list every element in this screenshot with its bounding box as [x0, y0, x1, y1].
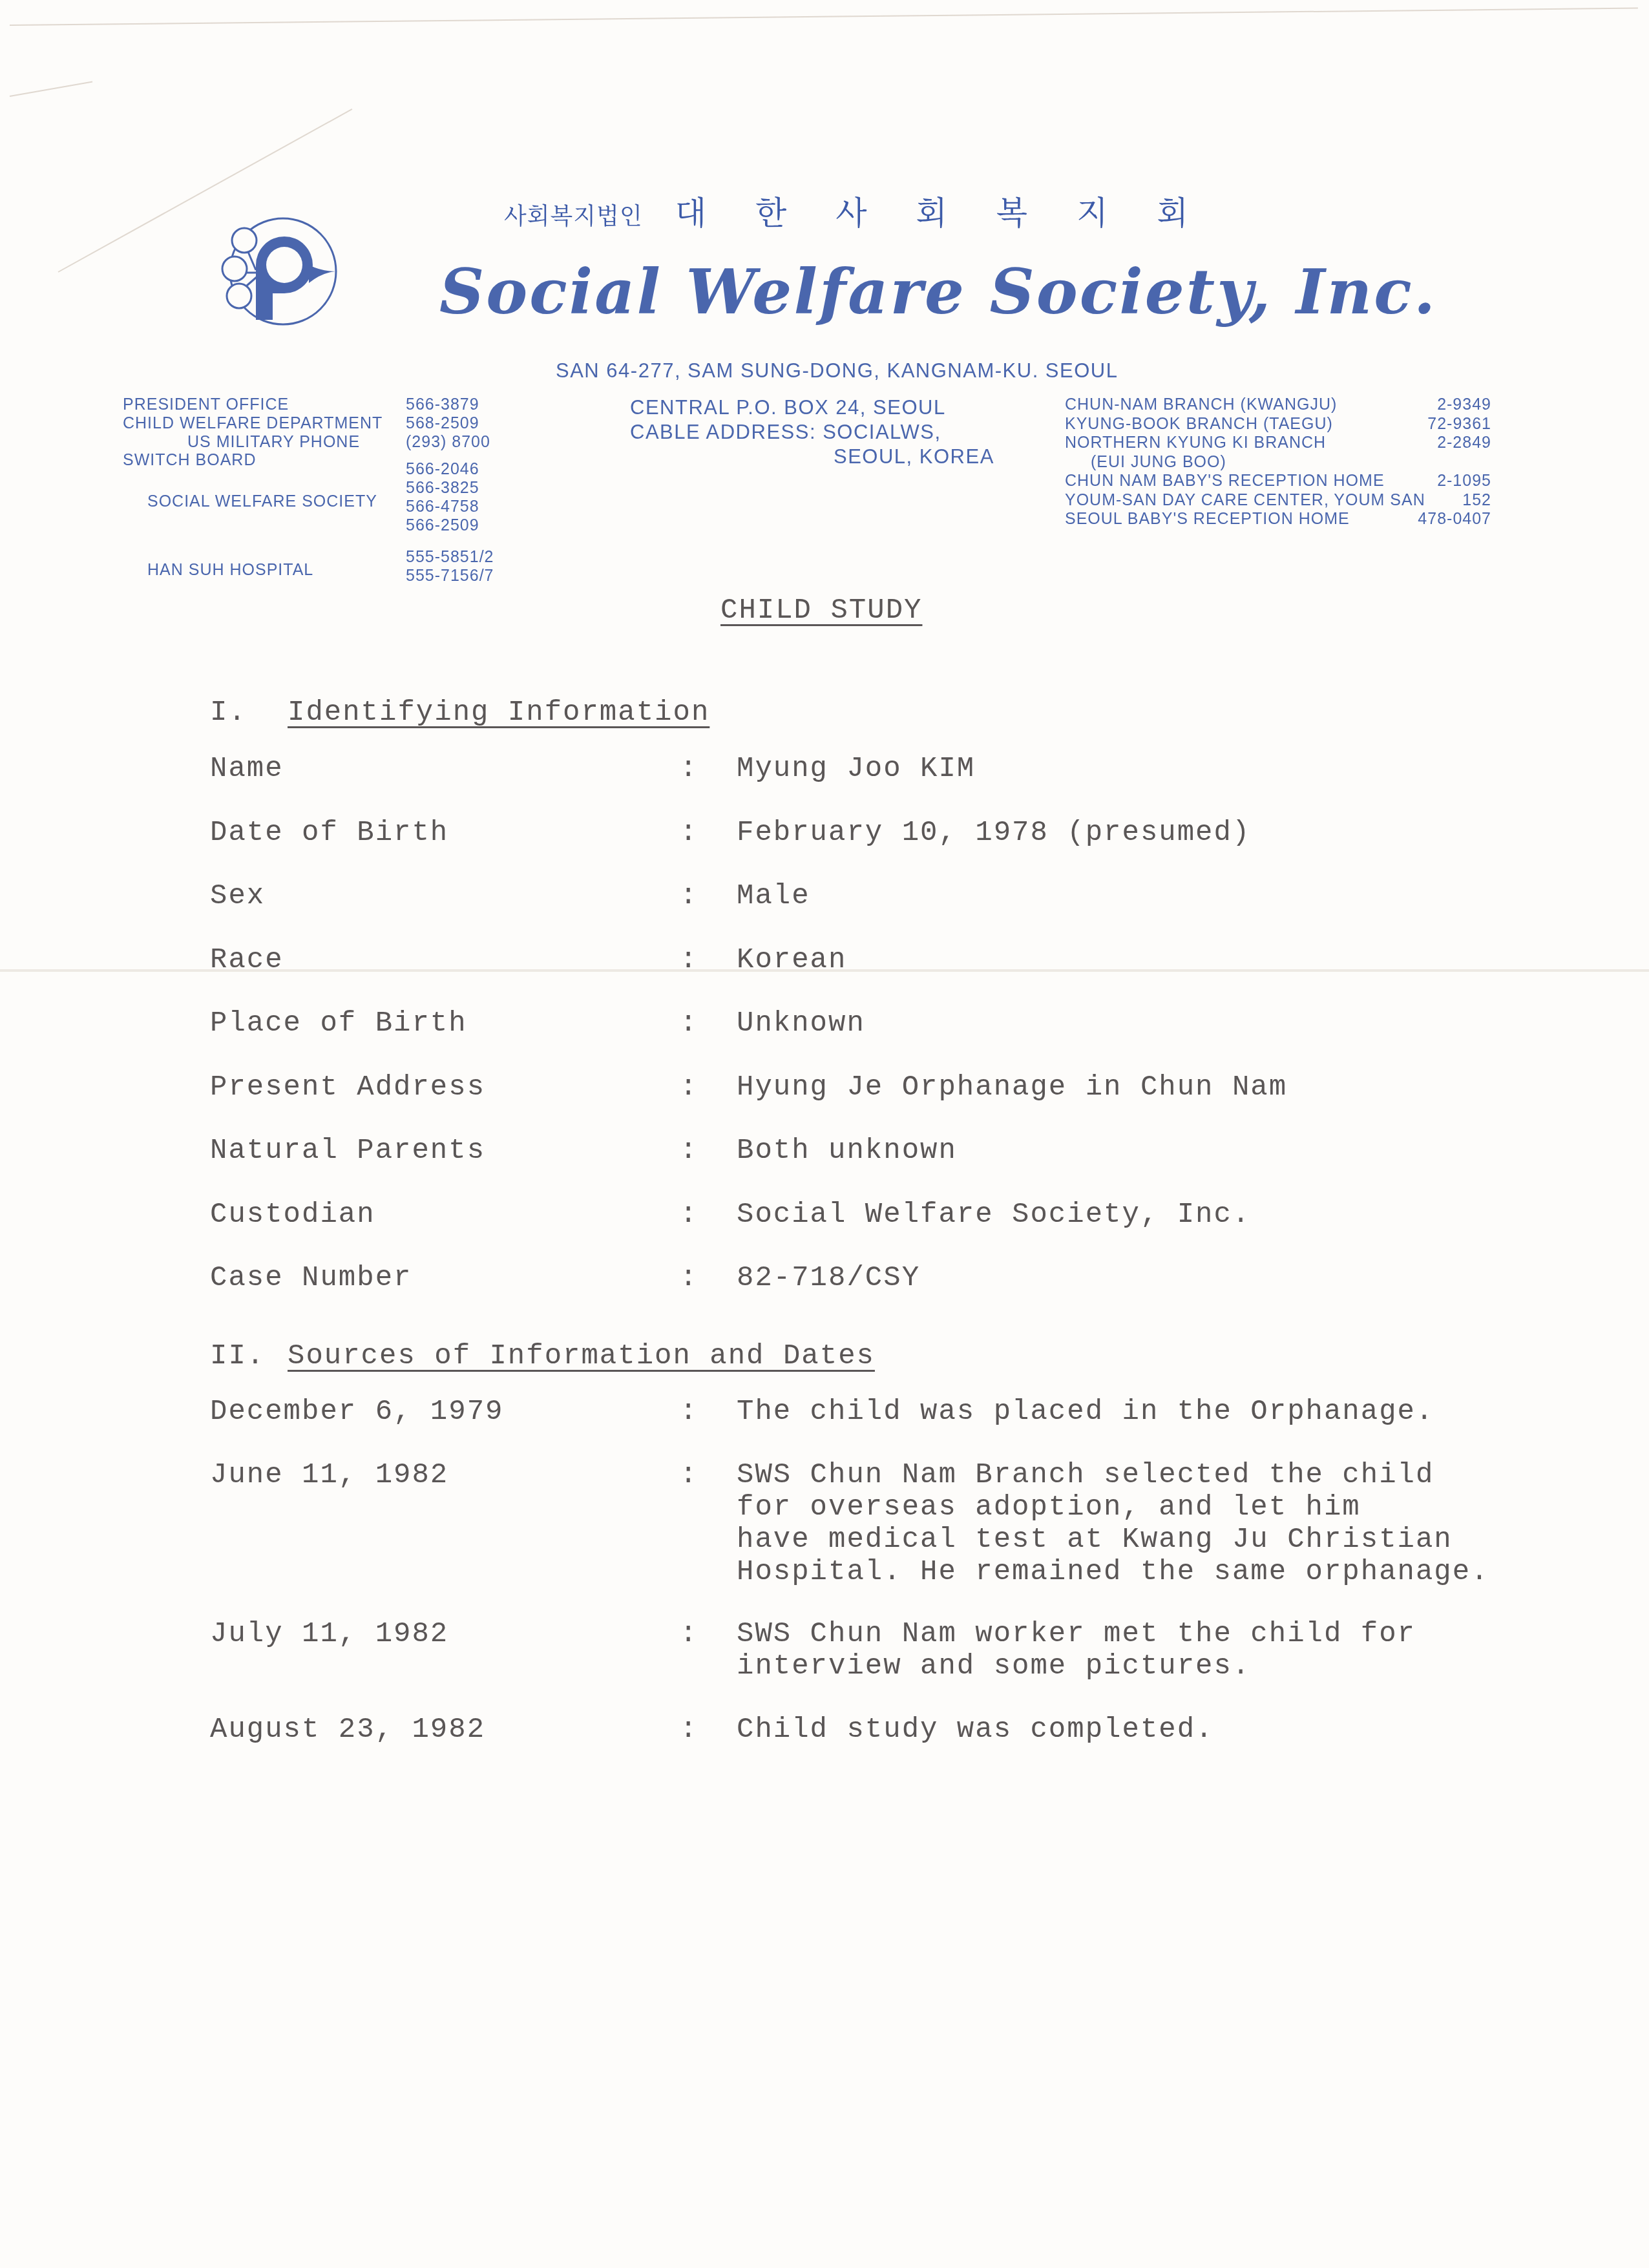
po-box: CENTRAL P.O. BOX 24, SEOUL: [630, 395, 994, 420]
entry-text-line: Child study was completed.: [737, 1714, 1214, 1746]
entry-separator: :: [680, 1714, 698, 1746]
branch-number: 2-9349: [1437, 395, 1491, 414]
street-address: SAN 64-277, SAM SUNG-DONG, KANGNAM-KU. S…: [556, 359, 1118, 383]
entry-text-line: SWS Chun Nam Branch selected the child: [737, 1459, 1489, 1491]
entry-text: The child was placed in the Orphanage.: [737, 1396, 1434, 1428]
field-separator: :: [680, 1007, 698, 1040]
entry-separator: :: [680, 1618, 698, 1650]
entry-text-line: have medical test at Kwang Ju Christian: [737, 1524, 1489, 1556]
entry-date: July 11, 1982: [210, 1618, 448, 1650]
contact-label: US MILITARY PHONE: [187, 433, 360, 452]
field-separator: :: [680, 1071, 698, 1104]
contact-number: 566-3825: [406, 479, 479, 498]
field-label: Name: [210, 753, 284, 785]
field-separator: :: [680, 1135, 698, 1167]
entry-text-line: Hospital. He remained the same orphanage…: [737, 1556, 1489, 1588]
cable-address-city: SEOUL, KOREA: [630, 445, 994, 469]
paper-fold-top: [10, 8, 1638, 26]
branch-label: (EUI JUNG BOO): [1065, 453, 1226, 472]
entry-separator: :: [680, 1396, 698, 1428]
field-label: Place of Birth: [210, 1007, 467, 1040]
postal-info: CENTRAL P.O. BOX 24, SEOUL CABLE ADDRESS…: [630, 395, 994, 469]
contact-number: (293) 8700: [406, 433, 490, 452]
korean-name: 대한사회복지회: [675, 194, 1237, 232]
entry-text: SWS Chun Nam Branch selected the childfo…: [737, 1459, 1489, 1588]
contact-number: 566-2046: [406, 460, 479, 479]
field-value: Both unknown: [737, 1135, 957, 1167]
field-value: Unknown: [737, 1007, 865, 1040]
org-name-script: Social Welfare Society, Inc.: [439, 255, 1437, 328]
field-value: February 10, 1978 (presumed): [737, 817, 1250, 849]
contact-label: SWITCH BOARD: [123, 451, 256, 470]
cable-address: CABLE ADDRESS: SOCIALWS,: [630, 420, 994, 445]
field-label: Race: [210, 944, 284, 976]
field-value: Male: [737, 880, 810, 912]
section-title: Sources of Information and Dates: [288, 1340, 875, 1372]
field-separator: :: [680, 1262, 698, 1294]
field-value: Myung Joo KIM: [737, 753, 975, 785]
field-value: Hyung Je Orphanage in Chun Nam: [737, 1071, 1287, 1104]
branch-number: 2-2849: [1437, 434, 1491, 452]
branch-number: 478-0407: [1418, 510, 1491, 529]
entry-separator: :: [680, 1459, 698, 1491]
entry-date: June 11, 1982: [210, 1459, 448, 1491]
contact-number: 566-2509: [406, 516, 479, 535]
contact-number: 568-2509: [406, 414, 479, 433]
field-value: Korean: [737, 944, 846, 976]
field-value: 82-718/CSY: [737, 1262, 920, 1294]
entry-text-line: SWS Chun Nam worker met the child for: [737, 1618, 1416, 1650]
contact-label: HAN SUH HOSPITAL: [147, 561, 313, 580]
entry-date: December 6, 1979: [210, 1396, 503, 1428]
field-separator: :: [680, 753, 698, 785]
contact-number: 566-3879: [406, 395, 479, 414]
section-sources-and-dates: II.Sources of Information and Dates: [210, 1340, 875, 1372]
entry-text-line: The child was placed in the Orphanage.: [737, 1396, 1434, 1428]
contact-label: PRESIDENT OFFICE: [123, 395, 289, 414]
contact-number: 555-7156/7: [406, 567, 494, 585]
branch-label: SEOUL BABY'S RECEPTION HOME: [1065, 510, 1350, 529]
entry-text-line: interview and some pictures.: [737, 1650, 1416, 1683]
paper-fold-left: [10, 81, 92, 97]
field-separator: :: [680, 880, 698, 912]
section-identifying-information: I.Identifying Information: [210, 697, 709, 729]
contact-number: 566-4758: [406, 498, 479, 516]
branch-label: CHUN-NAM BRANCH (KWANGJU): [1065, 395, 1337, 414]
field-separator: :: [680, 1199, 698, 1231]
branch-label: CHUN NAM BABY'S RECEPTION HOME: [1065, 472, 1385, 490]
society-logo-icon: [205, 213, 341, 330]
branch-label: YOUM-SAN DAY CARE CENTER, YOUM SAN: [1065, 491, 1425, 510]
section-title: Identifying Information: [288, 697, 709, 729]
field-label: Date of Birth: [210, 817, 448, 849]
document-title: CHILD STUDY: [720, 594, 922, 627]
field-label: Sex: [210, 880, 265, 912]
section-number: I.: [210, 697, 288, 729]
contact-label: CHILD WELFARE DEPARTMENT: [123, 414, 383, 433]
field-label: Case Number: [210, 1262, 412, 1294]
entry-date: August 23, 1982: [210, 1714, 485, 1746]
field-separator: :: [680, 944, 698, 976]
branch-number: 72-9361: [1427, 415, 1491, 434]
field-label: Present Address: [210, 1071, 485, 1104]
branch-label: NORTHERN KYUNG KI BRANCH: [1065, 434, 1326, 452]
entry-text: Child study was completed.: [737, 1714, 1214, 1746]
section-number: II.: [210, 1340, 288, 1372]
entry-text-line: for overseas adoption, and let him: [737, 1491, 1489, 1524]
entry-text: SWS Chun Nam worker met the child forint…: [737, 1618, 1416, 1683]
branch-contacts: CHUN-NAM BRANCH (KWANGJU)2-9349 KYUNG-BO…: [1065, 395, 1491, 529]
korean-prefix: 사회복지법인: [504, 204, 643, 230]
field-label: Natural Parents: [210, 1135, 485, 1167]
field-separator: :: [680, 817, 698, 849]
field-label: Custodian: [210, 1199, 375, 1231]
contact-label: SOCIAL WELFARE SOCIETY: [147, 492, 377, 511]
korean-org-name: 사회복지법인대한사회복지회: [504, 187, 1237, 234]
branch-label: KYUNG-BOOK BRANCH (TAEGU): [1065, 415, 1333, 434]
field-value: Social Welfare Society, Inc.: [737, 1199, 1250, 1231]
contact-number: 555-5851/2: [406, 548, 494, 567]
branch-number: 152: [1462, 491, 1491, 510]
branch-number: 2-1095: [1437, 472, 1491, 490]
